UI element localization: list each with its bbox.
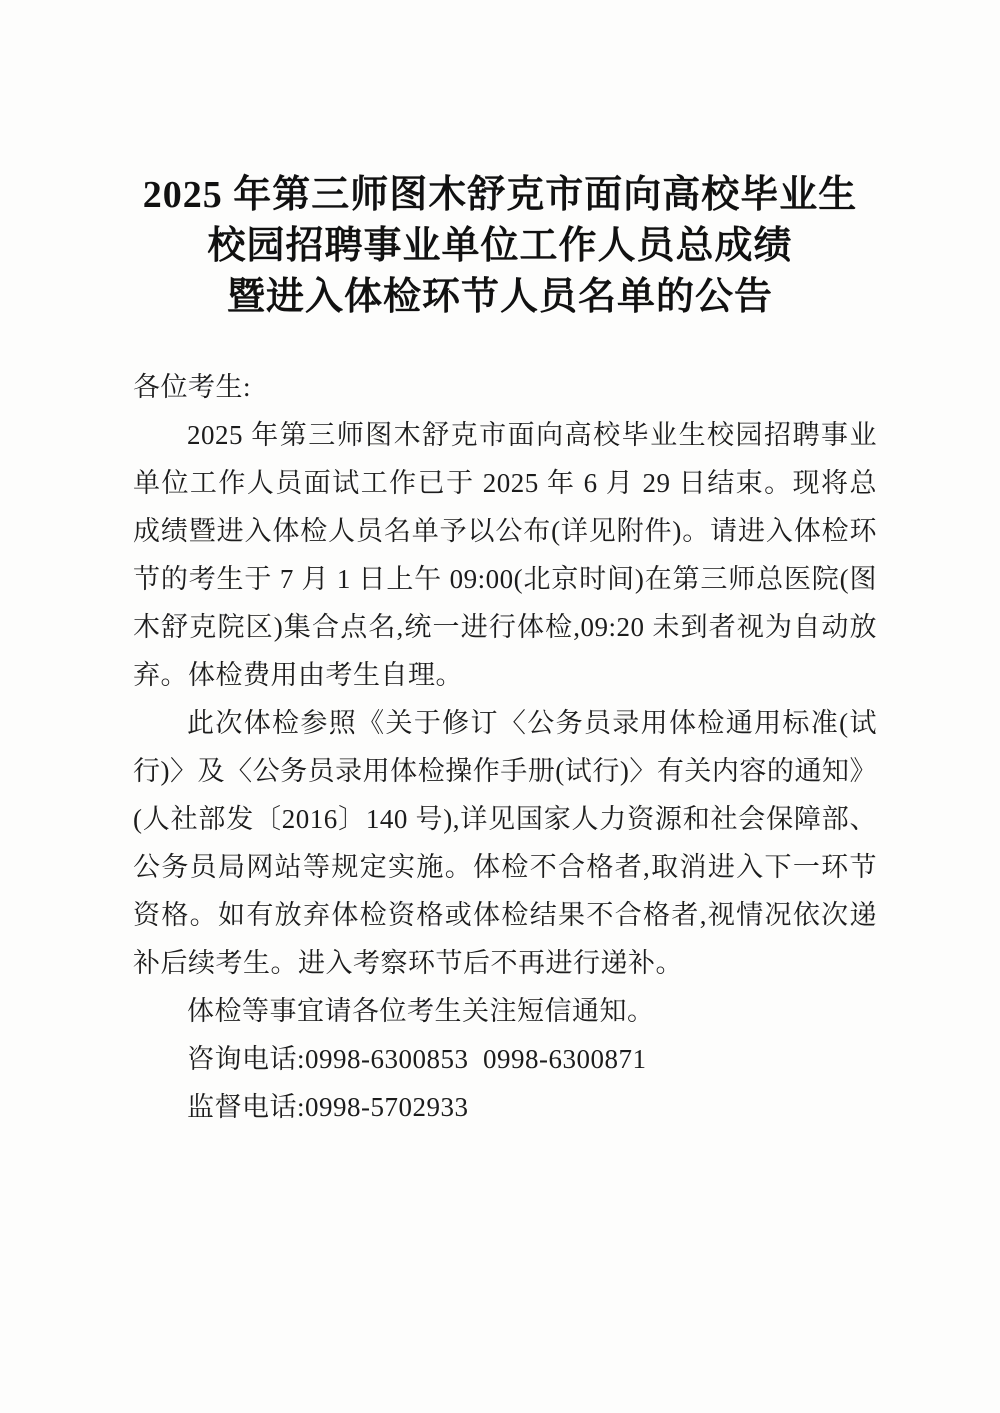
title-line-1: 2025 年第三师图木舒克市面向高校毕业生: [0, 170, 1000, 221]
document-body: 各位考生: 2025 年第三师图木舒克市面向高校毕业生校园招聘事业单位工作人员面…: [133, 363, 877, 1131]
inquiry-phone-line: 咨询电话:0998-6300853 0998-6300871: [133, 1035, 877, 1083]
document-title: 2025 年第三师图木舒克市面向高校毕业生 校园招聘事业单位工作人员总成绩 暨进…: [0, 170, 1000, 323]
title-line-3: 暨进入体检环节人员名单的公告: [0, 272, 1000, 323]
notice-line: 体检等事宜请各位考生关注短信通知。: [133, 987, 877, 1035]
title-line-2: 校园招聘事业单位工作人员总成绩: [0, 221, 1000, 272]
supervision-phone-line: 监督电话:0998-5702933: [133, 1083, 877, 1131]
inquiry-phone-numbers: 0998-6300853 0998-6300871: [305, 1044, 646, 1074]
paragraph-exam-standard: 此次体检参照《关于修订〈公务员录用体检通用标准(试行)〉及〈公务员录用体检操作手…: [133, 699, 877, 987]
announcement-page: 2025 年第三师图木舒克市面向高校毕业生 校园招聘事业单位工作人员总成绩 暨进…: [0, 0, 1000, 1413]
supervision-phone-label: 监督电话:: [187, 1092, 305, 1122]
inquiry-phone-label: 咨询电话:: [187, 1044, 305, 1074]
salutation: 各位考生:: [133, 363, 877, 411]
supervision-phone-number: 0998-5702933: [305, 1092, 469, 1122]
paragraph-interview-result: 2025 年第三师图木舒克市面向高校毕业生校园招聘事业单位工作人员面试工作已于 …: [133, 411, 877, 699]
